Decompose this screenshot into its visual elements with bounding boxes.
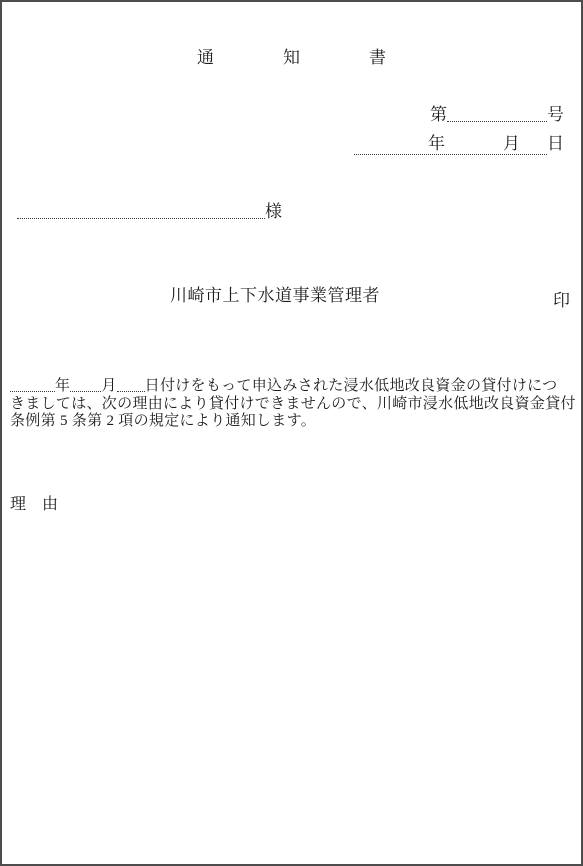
reason-label: 理 由 [10, 496, 58, 514]
notification-document: 通 知 書 第号 年月日 様 川崎市上下水道事業管理者 印 年月日付けをもって申… [0, 0, 583, 866]
date-line: 年月日 [354, 134, 564, 154]
body-month-blank [70, 379, 101, 392]
body-line-2: きましては、次の理由により貸付けできませんので、川崎市浸水低地改良資金貸付 [10, 396, 580, 414]
date-day-blank [520, 136, 547, 151]
body-day-blank [117, 379, 145, 392]
body-line-3: 条例第 5 条第 2 項の規定により通知します。 [10, 413, 580, 431]
body-year-label: 年 [55, 378, 70, 394]
body-month-label: 月 [101, 378, 116, 394]
body-line-1: 年月日付けをもって申込みされた浸水低地改良資金の貸付けにつ [10, 378, 580, 396]
seal-mark: 印 [553, 286, 570, 311]
date-year-blank [354, 136, 428, 151]
issuer-name: 川崎市上下水道事業管理者 [170, 286, 380, 306]
date-month-label: 月 [503, 134, 520, 153]
recipient-name-blank [17, 204, 265, 219]
date-year-label: 年 [428, 134, 445, 153]
doc-number-blank [447, 107, 547, 122]
body-year-blank [10, 379, 55, 392]
document-title: 通 知 書 [2, 48, 581, 68]
body-line1-text: 付けをもって申込みされた浸水低地改良資金の貸付けにつ [160, 378, 558, 394]
date-day-label: 日 [547, 134, 564, 153]
date-month-blank [445, 136, 503, 151]
body-paragraph: 年月日付けをもって申込みされた浸水低地改良資金の貸付けにつ きましては、次の理由… [10, 378, 580, 431]
doc-number-suffix: 号 [547, 105, 564, 124]
doc-number-line: 第号 [430, 105, 564, 125]
recipient-line: 様 [17, 202, 282, 222]
body-day-label: 日 [145, 378, 160, 394]
doc-number-prefix: 第 [430, 105, 447, 124]
recipient-honorific: 様 [265, 202, 282, 221]
